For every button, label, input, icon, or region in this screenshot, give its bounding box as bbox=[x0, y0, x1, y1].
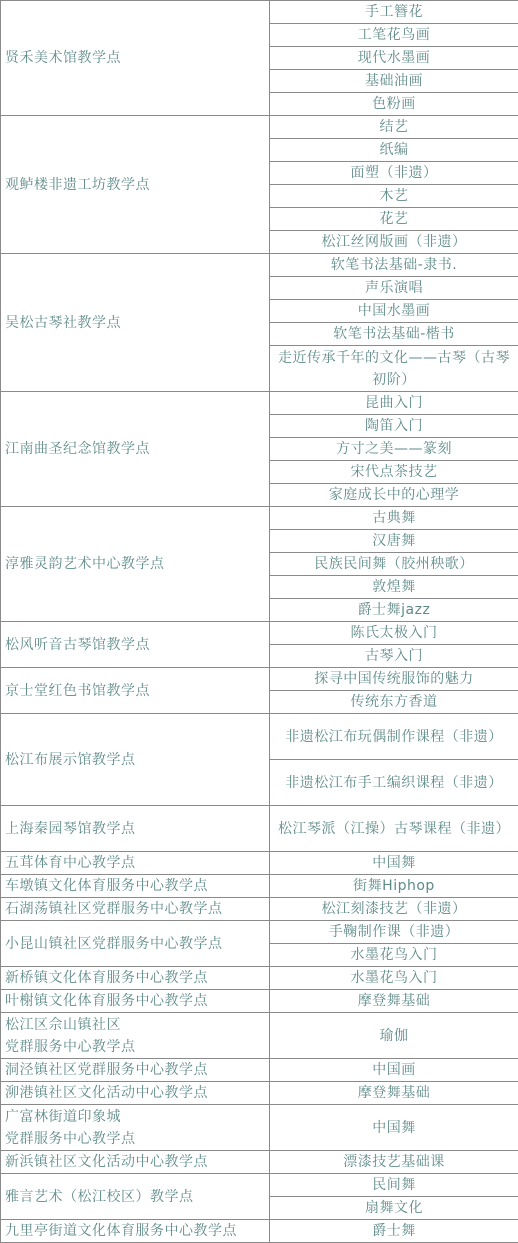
site-name: 车墩镇文化体育服务中心教学点 bbox=[1, 875, 270, 898]
table-row: 江南曲圣纪念馆教学点 昆曲入门 bbox=[1, 392, 518, 415]
site-name-line: 党群服务中心教学点 bbox=[5, 1036, 265, 1058]
course-name: 探寻中国传统服饰的魅力 bbox=[270, 668, 518, 691]
course-name: 基础油画 bbox=[270, 70, 518, 93]
course-name: 中国画 bbox=[270, 1059, 518, 1082]
course-name: 松江丝网版画（非遗） bbox=[270, 231, 518, 254]
course-name: 花艺 bbox=[270, 208, 518, 231]
site-name: 泖港镇社区文化活动中心教学点 bbox=[1, 1082, 270, 1105]
course-name: 手工簪花 bbox=[270, 1, 518, 24]
course-name: 松江琴派（江操）古琴课程（非遗） bbox=[270, 806, 518, 852]
course-name: 宋代点茶技艺 bbox=[270, 461, 518, 484]
course-name: 中国舞 bbox=[270, 852, 518, 875]
site-name: 石湖荡镇社区党群服务中心教学点 bbox=[1, 898, 270, 921]
table-row: 车墩镇文化体育服务中心教学点 街舞Hiphop bbox=[1, 875, 518, 898]
course-name: 扇舞文化 bbox=[270, 1197, 518, 1220]
table-row: 小昆山镇社区党群服务中心教学点 手鞠制作课（非遗） bbox=[1, 921, 518, 944]
site-name: 新浜镇社区文化活动中心教学点 bbox=[1, 1151, 270, 1174]
site-name: 九里亭街道文化体育服务中心教学点 bbox=[1, 1220, 270, 1243]
course-name: 纸编 bbox=[270, 139, 518, 162]
course-name: 手鞠制作课（非遗） bbox=[270, 921, 518, 944]
course-name: 色粉画 bbox=[270, 93, 518, 116]
course-name: 面塑（非遗） bbox=[270, 162, 518, 185]
course-name: 木艺 bbox=[270, 185, 518, 208]
site-name-line: 松江区佘山镇社区 bbox=[5, 1014, 265, 1036]
table-row: 淳雅灵韵艺术中心教学点 古典舞 bbox=[1, 507, 518, 530]
course-name: 古琴入门 bbox=[270, 645, 518, 668]
course-name: 街舞Hiphop bbox=[270, 875, 518, 898]
course-name: 水墨花鸟入门 bbox=[270, 967, 518, 990]
table-row: 叶榭镇文化体育服务中心教学点 摩登舞基础 bbox=[1, 990, 518, 1013]
table-row: 泖港镇社区文化活动中心教学点 摩登舞基础 bbox=[1, 1082, 518, 1105]
site-name: 上海秦园琴馆教学点 bbox=[1, 806, 270, 852]
table-row: 五茸体育中心教学点 中国舞 bbox=[1, 852, 518, 875]
course-name: 敦煌舞 bbox=[270, 576, 518, 599]
course-name: 昆曲入门 bbox=[270, 392, 518, 415]
teaching-site-course-table: 贤禾美术馆教学点 手工簪花 工笔花鸟画 现代水墨画 基础油画 色粉画 观鲈楼非遗… bbox=[0, 0, 518, 1243]
table-row: 京士堂红色书馆教学点 探寻中国传统服饰的魅力 bbox=[1, 668, 518, 691]
course-name: 走近传承千年的文化——古琴（古琴初阶） bbox=[270, 346, 518, 392]
site-name: 小昆山镇社区党群服务中心教学点 bbox=[1, 921, 270, 967]
course-name: 中国水墨画 bbox=[270, 300, 518, 323]
table-row: 雅言艺术（松江校区）教学点 民间舞 bbox=[1, 1174, 518, 1197]
site-name: 雅言艺术（松江校区）教学点 bbox=[1, 1174, 270, 1220]
course-name: 民族民间舞（胶州秧歌） bbox=[270, 553, 518, 576]
table-row: 九里亭街道文化体育服务中心教学点 爵士舞 bbox=[1, 1220, 518, 1243]
table-row: 贤禾美术馆教学点 手工簪花 bbox=[1, 1, 518, 24]
table-row: 石湖荡镇社区党群服务中心教学点 松江刻漆技艺（非遗） bbox=[1, 898, 518, 921]
course-name: 爵士舞 bbox=[270, 1220, 518, 1243]
site-name: 洞泾镇社区党群服务中心教学点 bbox=[1, 1059, 270, 1082]
course-name: 摩登舞基础 bbox=[270, 990, 518, 1013]
course-name: 摩登舞基础 bbox=[270, 1082, 518, 1105]
site-name: 松风听音古琴馆教学点 bbox=[1, 622, 270, 668]
course-name: 方寸之美——篆刻 bbox=[270, 438, 518, 461]
course-name: 家庭成长中的心理学 bbox=[270, 484, 518, 507]
course-name: 非遗松江布手工编织课程（非遗） bbox=[270, 760, 518, 806]
table-row: 洞泾镇社区党群服务中心教学点 中国画 bbox=[1, 1059, 518, 1082]
site-name: 贤禾美术馆教学点 bbox=[1, 1, 270, 116]
course-name: 陶笛入门 bbox=[270, 415, 518, 438]
course-name: 古典舞 bbox=[270, 507, 518, 530]
site-name-line: 广富林街道印象城 bbox=[5, 1106, 265, 1128]
site-name: 叶榭镇文化体育服务中心教学点 bbox=[1, 990, 270, 1013]
site-name: 淳雅灵韵艺术中心教学点 bbox=[1, 507, 270, 622]
course-name: 瑜伽 bbox=[270, 1013, 518, 1059]
course-name: 现代水墨画 bbox=[270, 47, 518, 70]
site-name: 江南曲圣纪念馆教学点 bbox=[1, 392, 270, 507]
course-name: 水墨花鸟入门 bbox=[270, 944, 518, 967]
course-name: 软笔书法基础-楷书 bbox=[270, 323, 518, 346]
table-row: 广富林街道印象城 党群服务中心教学点 中国舞 bbox=[1, 1105, 518, 1151]
course-name: 松江刻漆技艺（非遗） bbox=[270, 898, 518, 921]
site-name: 松江区佘山镇社区 党群服务中心教学点 bbox=[1, 1013, 270, 1059]
course-name: 漂漆技艺基础课 bbox=[270, 1151, 518, 1174]
course-name: 非遗松江布玩偶制作课程（非遗） bbox=[270, 714, 518, 760]
site-name: 观鲈楼非遗工坊教学点 bbox=[1, 116, 270, 254]
course-name: 软笔书法基础-隶书. bbox=[270, 254, 518, 277]
course-name: 工笔花鸟画 bbox=[270, 24, 518, 47]
site-name: 吴松古琴社教学点 bbox=[1, 254, 270, 392]
course-name: 爵士舞jazz bbox=[270, 599, 518, 622]
table-row: 新浜镇社区文化活动中心教学点 漂漆技艺基础课 bbox=[1, 1151, 518, 1174]
table-row: 松江布展示馆教学点 非遗松江布玩偶制作课程（非遗） bbox=[1, 714, 518, 760]
course-name: 中国舞 bbox=[270, 1105, 518, 1151]
table-row: 观鲈楼非遗工坊教学点 结艺 bbox=[1, 116, 518, 139]
course-name: 传统东方香道 bbox=[270, 691, 518, 714]
course-name: 声乐演唱 bbox=[270, 277, 518, 300]
course-name: 陈氏太极入门 bbox=[270, 622, 518, 645]
site-name: 广富林街道印象城 党群服务中心教学点 bbox=[1, 1105, 270, 1151]
site-name: 五茸体育中心教学点 bbox=[1, 852, 270, 875]
site-name-line: 党群服务中心教学点 bbox=[5, 1128, 265, 1150]
table-row: 吴松古琴社教学点 软笔书法基础-隶书. bbox=[1, 254, 518, 277]
course-name: 民间舞 bbox=[270, 1174, 518, 1197]
table-row: 新桥镇文化体育服务中心教学点 水墨花鸟入门 bbox=[1, 967, 518, 990]
table-row: 松江区佘山镇社区 党群服务中心教学点 瑜伽 bbox=[1, 1013, 518, 1059]
site-name: 新桥镇文化体育服务中心教学点 bbox=[1, 967, 270, 990]
site-name: 松江布展示馆教学点 bbox=[1, 714, 270, 806]
site-name: 京士堂红色书馆教学点 bbox=[1, 668, 270, 714]
table-row: 上海秦园琴馆教学点 松江琴派（江操）古琴课程（非遗） bbox=[1, 806, 518, 852]
table-row: 松风听音古琴馆教学点 陈氏太极入门 bbox=[1, 622, 518, 645]
course-name: 汉唐舞 bbox=[270, 530, 518, 553]
course-name: 结艺 bbox=[270, 116, 518, 139]
